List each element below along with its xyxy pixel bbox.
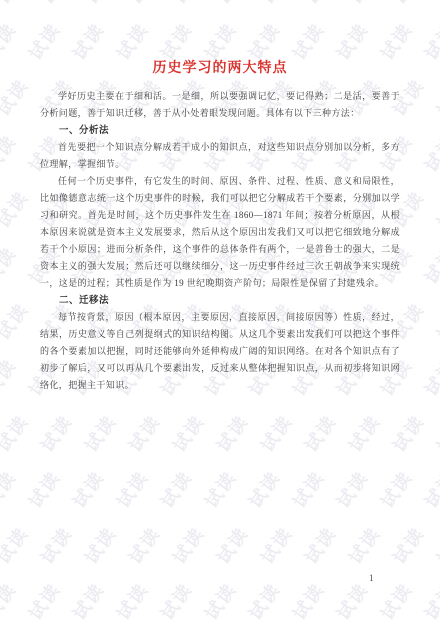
watermark-text: 试读	[122, 521, 166, 569]
watermark-text: 试读	[78, 521, 122, 569]
watermark-text: 试读	[286, 465, 330, 513]
watermark-text: 试读	[430, 521, 440, 569]
watermark-text: 试读	[0, 409, 34, 457]
paragraph: 任何一个历史事件，有它发生的时间、原因、条件、过程、性质、意义和局限性，比如像德…	[40, 173, 400, 292]
section-heading-transfer: 二、迁移法	[40, 292, 400, 309]
watermark-text: 试读	[34, 409, 78, 457]
document-page: 试读试读试读试读试读试读试读试读试读试读试读试读试读试读试读试读试读试读试读试读…	[0, 0, 440, 620]
watermark-text: 试读	[66, 577, 110, 620]
watermark-text: 试读	[166, 409, 210, 457]
section-heading-analysis: 一、分析法	[40, 122, 400, 139]
watermark-text: 试读	[430, 409, 440, 457]
watermark-text: 试读	[66, 465, 110, 513]
watermark-text: 试读	[210, 521, 254, 569]
watermark-text: 试读	[22, 577, 66, 620]
watermark-text: 试读	[78, 409, 122, 457]
watermark-text: 试读	[0, 521, 34, 569]
paragraph: 每节按背景，原因（根本原因，主要原因，直接原因，间接原因等）性质，经过，结果，历…	[40, 309, 400, 394]
watermark-text: 试读	[0, 353, 22, 401]
watermark-text: 试读	[418, 577, 440, 620]
watermark-text: 试读	[330, 465, 374, 513]
watermark-text: 试读	[342, 521, 386, 569]
watermark-text: 试读	[0, 129, 22, 177]
watermark-text: 试读	[0, 297, 34, 345]
watermark-text: 试读	[0, 465, 22, 513]
watermark-text: 试读	[418, 465, 440, 513]
watermark-text: 试读	[286, 577, 330, 620]
watermark-text: 试读	[430, 297, 440, 345]
watermark-text: 试读	[418, 17, 440, 65]
watermark-text: 试读	[418, 241, 440, 289]
watermark-text: 试读	[0, 0, 34, 9]
watermark-text: 试读	[430, 0, 440, 9]
watermark-text: 试读	[22, 465, 66, 513]
intro-paragraph: 学好历史主要在于细和活。一是细，所以要强调记忆，要记得熟；二是活，要善于分析问题…	[40, 88, 400, 122]
watermark-text: 试读	[242, 465, 286, 513]
watermark-text: 试读	[110, 465, 154, 513]
watermark-text: 试读	[254, 409, 298, 457]
watermark-text: 试读	[386, 409, 430, 457]
watermark-text: 试读	[34, 521, 78, 569]
watermark-text: 试读	[0, 577, 22, 620]
document-content: 历史学习的两大特点 学好历史主要在于细和活。一是细，所以要强调记忆，要记得熟；二…	[40, 0, 400, 394]
page-number: 1	[369, 572, 374, 584]
paragraph: 首先要把一个知识点分解成若干成小的知识点，对这些知识点分别加以分析，多方位理解，…	[40, 139, 400, 173]
watermark-text: 试读	[210, 409, 254, 457]
watermark-text: 试读	[154, 577, 198, 620]
watermark-text: 试读	[298, 521, 342, 569]
watermark-text: 试读	[154, 465, 198, 513]
page-title: 历史学习的两大特点	[40, 57, 400, 77]
watermark-text: 试读	[198, 577, 242, 620]
watermark-text: 试读	[122, 409, 166, 457]
watermark-text: 试读	[386, 521, 430, 569]
watermark-text: 试读	[418, 353, 440, 401]
watermark-text: 试读	[298, 409, 342, 457]
watermark-text: 试读	[374, 465, 418, 513]
watermark-text: 试读	[110, 577, 154, 620]
watermark-text: 试读	[198, 465, 242, 513]
watermark-text: 试读	[330, 577, 374, 620]
watermark-text: 试读	[0, 185, 34, 233]
watermark-text: 试读	[0, 17, 22, 65]
watermark-text: 试读	[0, 73, 34, 121]
watermark-text: 试读	[430, 73, 440, 121]
watermark-text: 试读	[342, 409, 386, 457]
watermark-text: 试读	[430, 185, 440, 233]
watermark-text: 试读	[254, 521, 298, 569]
watermark-text: 试读	[374, 577, 418, 620]
watermark-text: 试读	[242, 577, 286, 620]
watermark-text: 试读	[166, 521, 210, 569]
watermark-text: 试读	[0, 241, 22, 289]
watermark-text: 试读	[418, 129, 440, 177]
